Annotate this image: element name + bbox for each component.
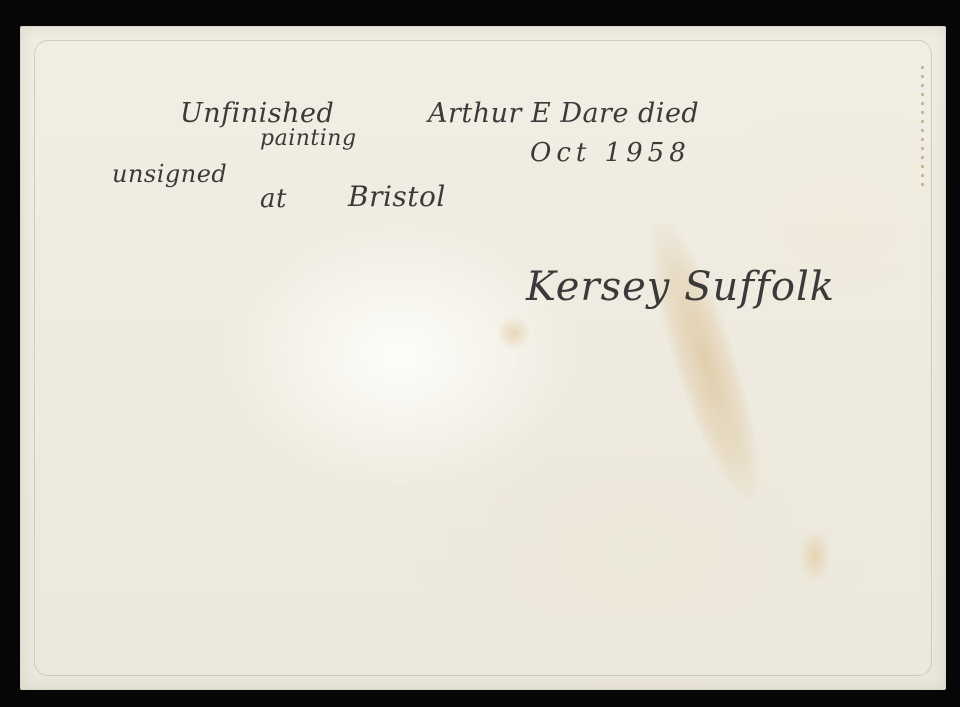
note-unsigned: unsigned bbox=[112, 160, 227, 188]
note-artist-died: Arthur E Dare died bbox=[428, 98, 699, 129]
photo-stage: Unfinished painting unsigned at Bristol … bbox=[0, 0, 960, 707]
note-at: at bbox=[260, 184, 287, 214]
stain-spot bbox=[800, 531, 830, 581]
mount-fold-line bbox=[34, 40, 932, 676]
note-date: Oct 1958 bbox=[530, 138, 691, 168]
note-painting: painting bbox=[260, 126, 357, 151]
note-bristol: Bristol bbox=[348, 180, 446, 213]
note-unfinished: Unfinished bbox=[180, 98, 334, 129]
note-location: Kersey Suffolk bbox=[526, 264, 835, 310]
stain-spot bbox=[498, 316, 530, 350]
water-stain-streak bbox=[632, 214, 779, 508]
card-back: Unfinished painting unsigned at Bristol … bbox=[20, 26, 946, 690]
edge-glue-marks bbox=[921, 66, 924, 186]
